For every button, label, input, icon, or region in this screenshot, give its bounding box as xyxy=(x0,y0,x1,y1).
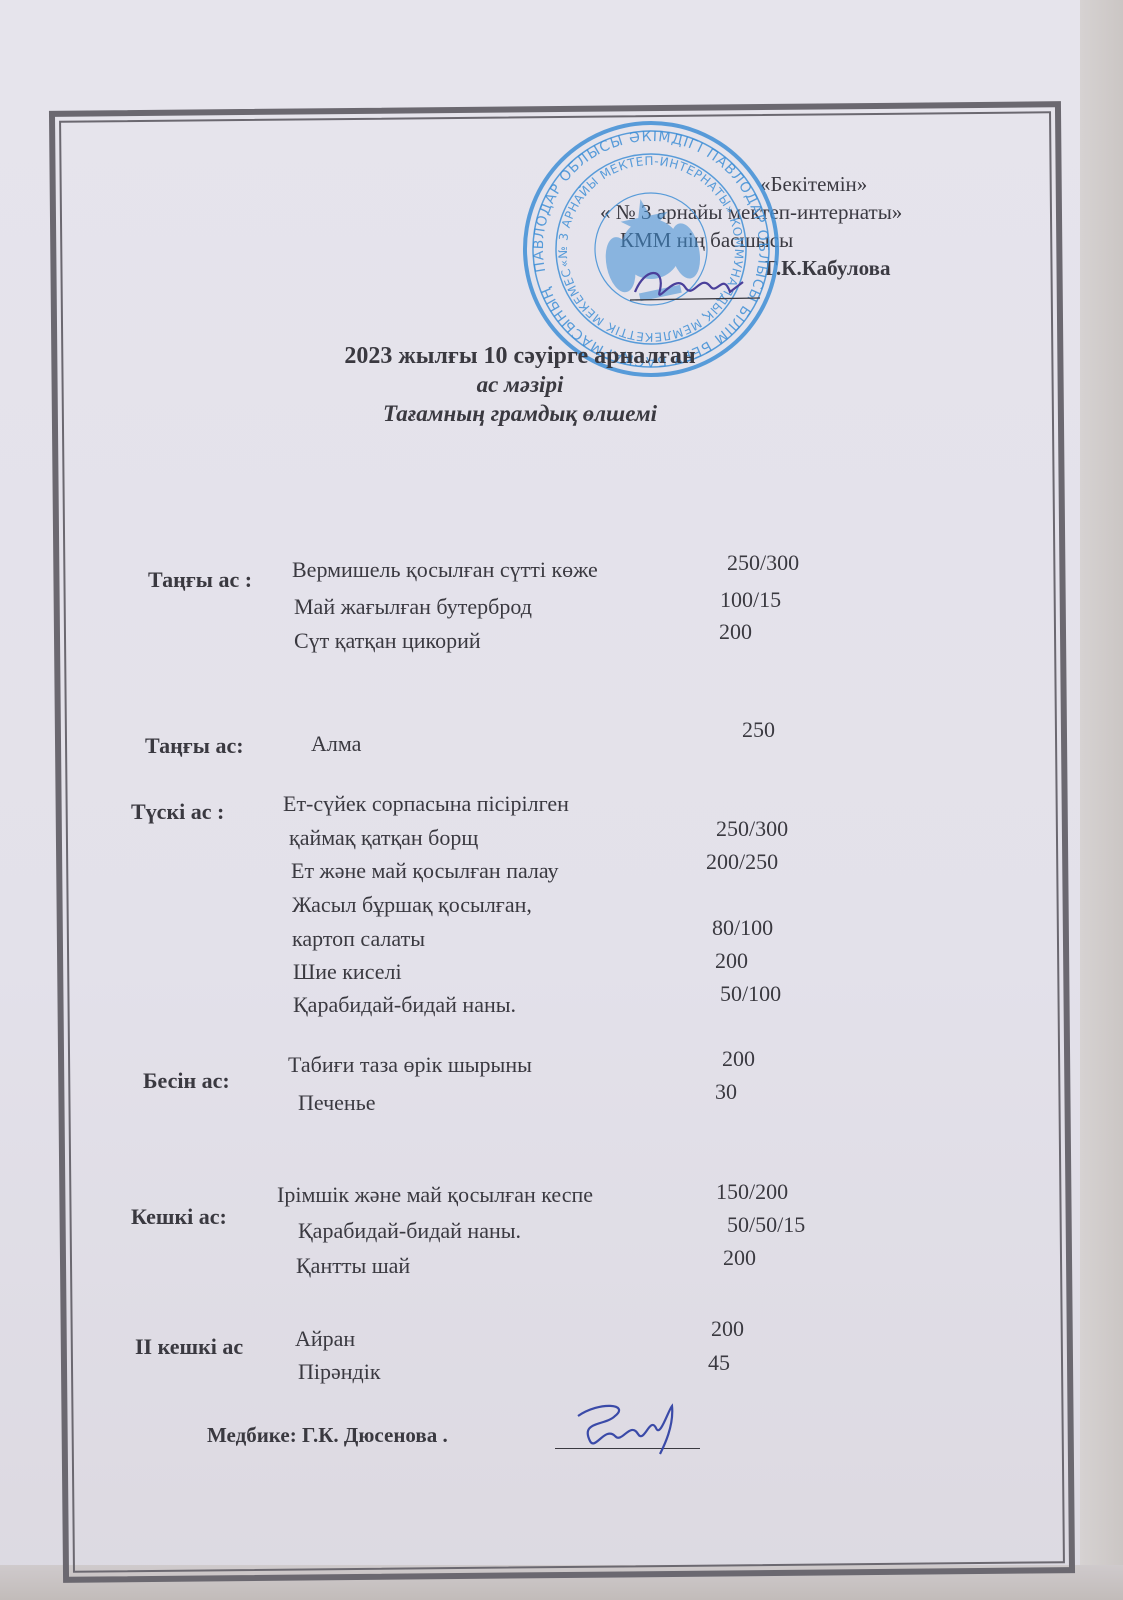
dish-qty: 200 xyxy=(719,619,752,645)
dish-qty: 200 xyxy=(723,1245,756,1271)
dish-qty: 200 xyxy=(722,1046,755,1072)
dish-qty: 80/100 xyxy=(712,915,773,941)
nurse-signoff: Медбике: Г.К. Дюсенова . xyxy=(207,1423,448,1448)
dish-qty: 30 xyxy=(715,1079,737,1105)
dish-name: Май жағылған бутерброд xyxy=(294,594,532,620)
dish-qty: 100/15 xyxy=(720,587,781,613)
dish-name: Ет-сүйек сорпасына пісірілген xyxy=(283,791,569,817)
dish-qty: 250 xyxy=(742,717,775,743)
dish-qty: 250/300 xyxy=(727,550,799,576)
dish-name: Шие киселі xyxy=(293,959,402,985)
dish-qty: 200 xyxy=(715,948,748,974)
nurse-signature-icon xyxy=(560,1396,690,1466)
dish-name: Пірәндік xyxy=(298,1359,381,1385)
dish-qty: 45 xyxy=(708,1350,730,1376)
dish-name: Қарабидай-бидай наны. xyxy=(298,1218,521,1244)
meal-menu: Таңғы ас : Вермишель қосылған сүтті көже… xyxy=(0,0,1123,1600)
dish-qty: 200/250 xyxy=(706,849,778,875)
dish-name: Жасыл бұршақ қосылған, xyxy=(292,892,532,918)
dish-name: Алма xyxy=(311,731,361,757)
dish-qty: 50/100 xyxy=(720,981,781,1007)
dish-name: Айран xyxy=(295,1326,355,1352)
dish-name: Қарабидай-бидай наны. xyxy=(293,992,516,1018)
dish-qty: 250/300 xyxy=(716,816,788,842)
meal-label-breakfast: Таңғы ас : xyxy=(148,567,252,593)
dish-name: Вермишель қосылған сүтті көже xyxy=(292,557,598,583)
dish-name: Қантты шай xyxy=(296,1253,410,1279)
dish-name: Сүт қатқан цикорий xyxy=(294,628,481,654)
dish-name: Ірімшік және май қосылған кеспе xyxy=(277,1182,593,1208)
dish-name: Ет және май қосылған палау xyxy=(291,858,559,884)
dish-name: Печенье xyxy=(298,1090,376,1116)
dish-qty: 150/200 xyxy=(716,1179,788,1205)
dish-name: картоп салаты xyxy=(292,926,425,952)
meal-label-second-dinner: II кешкі ас xyxy=(135,1334,243,1360)
meal-label-lunch: Түскі ас : xyxy=(131,799,224,825)
dish-qty: 50/50/15 xyxy=(727,1212,805,1238)
meal-label-second-breakfast: Таңғы ас: xyxy=(145,733,244,759)
meal-label-dinner: Кешкі ас: xyxy=(131,1204,227,1230)
dish-name: Табиғи таза өрік шырыны xyxy=(288,1052,532,1078)
meal-label-afternoon-snack: Бесін ас: xyxy=(143,1068,230,1094)
dish-name: қаймақ қатқан борщ xyxy=(289,825,478,851)
dish-qty: 200 xyxy=(711,1316,744,1342)
